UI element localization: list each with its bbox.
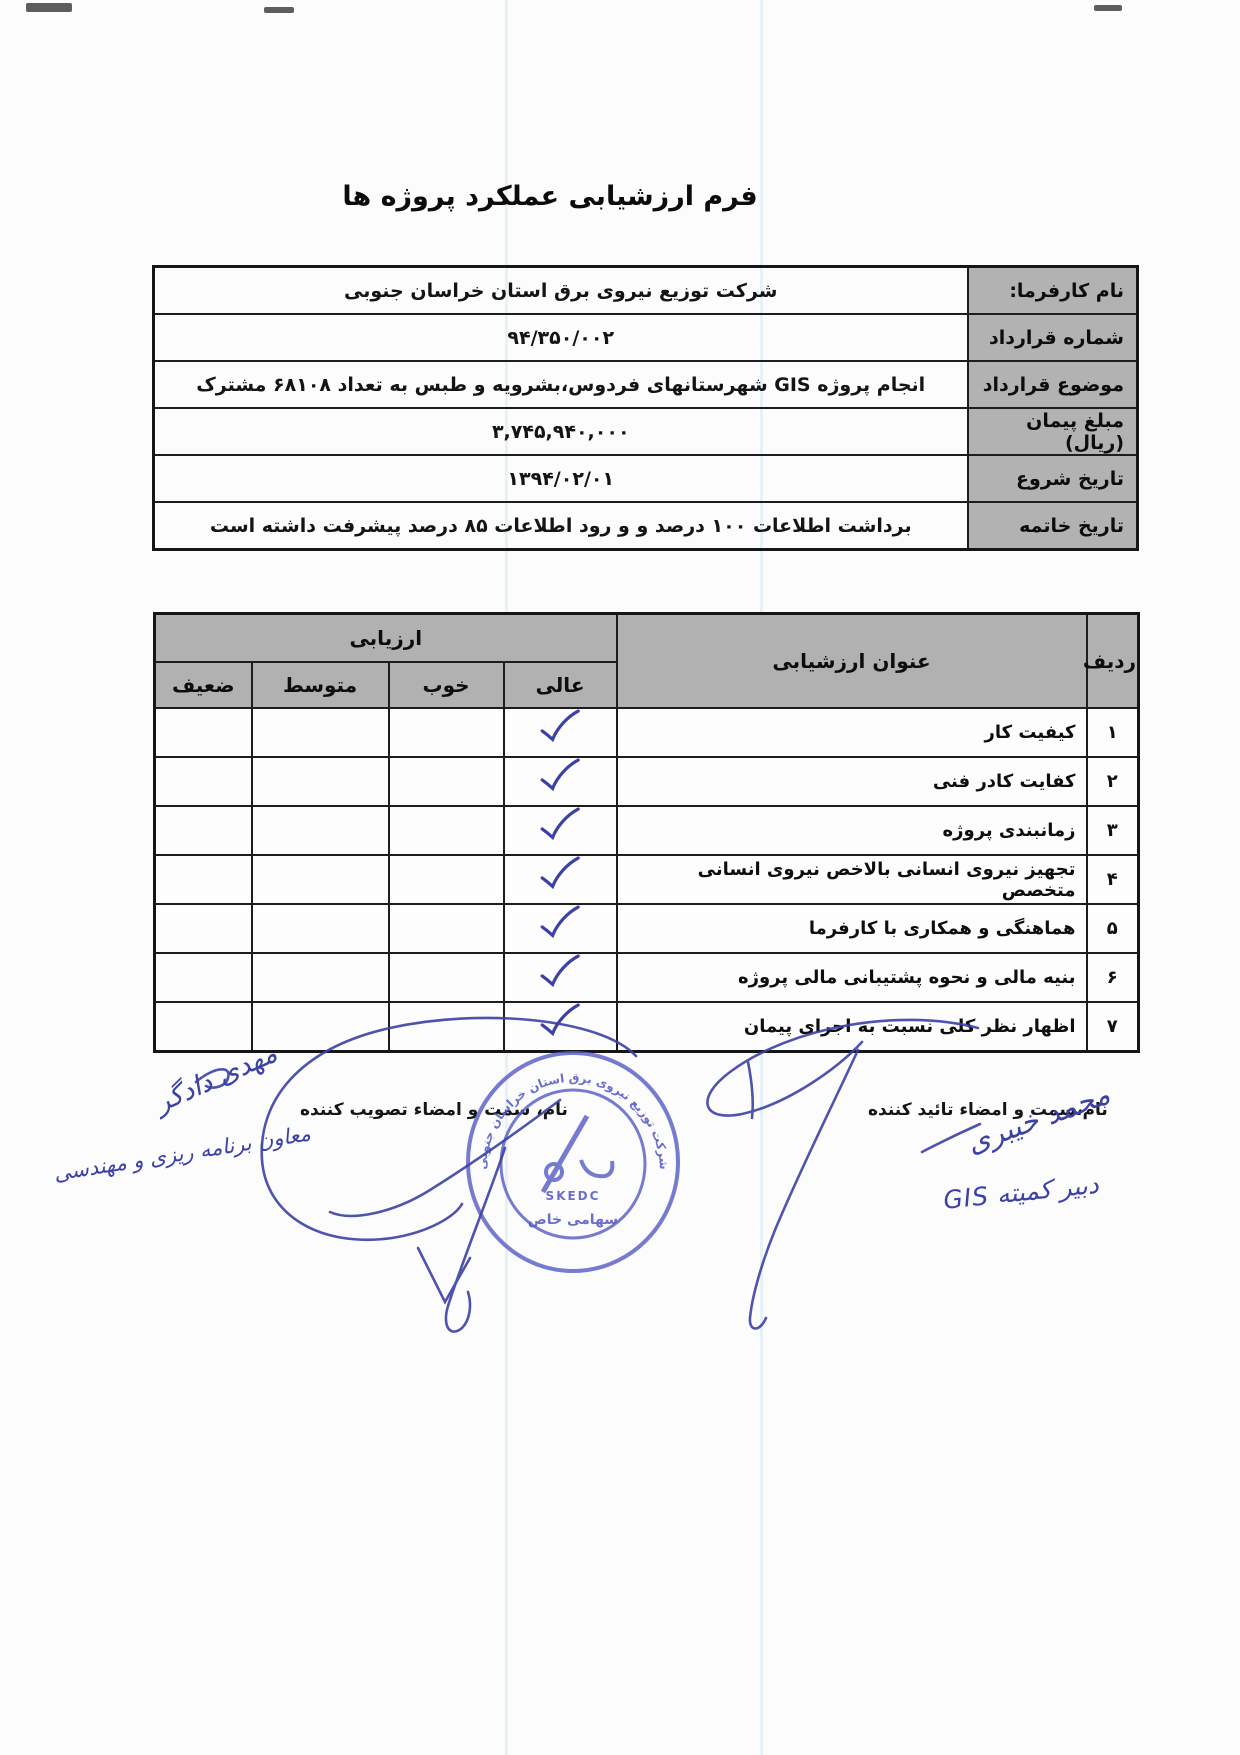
rating-cell bbox=[389, 757, 504, 806]
rating-cell bbox=[504, 855, 617, 904]
header-rating-good: خوب bbox=[389, 662, 504, 708]
eval-row-number: ۵ bbox=[1087, 904, 1139, 953]
rating-cell bbox=[155, 708, 252, 757]
rating-cell bbox=[504, 708, 617, 757]
checkmark-icon bbox=[536, 902, 584, 942]
company-stamp: شرکت توزیع نیروی برق استان خراسان جنوبی … bbox=[455, 1042, 695, 1282]
eval-row-number: ۲ bbox=[1087, 757, 1139, 806]
eval-row-number: ۷ bbox=[1087, 1002, 1139, 1052]
eval-row-title: کفایت کادر فنی bbox=[617, 757, 1087, 806]
eval-row-title: اظهار نظر کلی نسبت به اجرای پیمان bbox=[617, 1002, 1087, 1052]
left-handwritten-role: معاون برنامه ریزی و مهندسی bbox=[52, 1121, 312, 1185]
evaluation-table: ردیف عنوان ارزشیابی ارزیابی عالی خوب متو… bbox=[153, 612, 1140, 1053]
header-rating-excellent: عالی bbox=[504, 662, 617, 708]
info-row-label: موضوع قرارداد bbox=[968, 361, 1138, 408]
rating-cell bbox=[389, 708, 504, 757]
stamp-logo-icon bbox=[543, 1116, 587, 1192]
rating-cell bbox=[389, 855, 504, 904]
eval-header-row-1: ردیف عنوان ارزشیابی ارزیابی bbox=[155, 614, 1139, 663]
eval-row-title: کیفیت کار bbox=[617, 708, 1087, 757]
rating-cell bbox=[504, 904, 617, 953]
rating-cell bbox=[155, 904, 252, 953]
scan-speck bbox=[264, 7, 294, 13]
scan-speck bbox=[1094, 5, 1122, 11]
rating-cell bbox=[504, 806, 617, 855]
rating-cell bbox=[155, 757, 252, 806]
rating-cell bbox=[504, 1002, 617, 1052]
rating-cell bbox=[252, 855, 389, 904]
header-rating-group: ارزیابی bbox=[155, 614, 617, 663]
checkmark-icon bbox=[536, 755, 584, 795]
rating-cell bbox=[504, 757, 617, 806]
info-row-value: ۳,۷۴۵,۹۴۰,۰۰۰ bbox=[154, 408, 968, 455]
eval-row-number: ۴ bbox=[1087, 855, 1139, 904]
eval-row-title: زمانبندی پروژه bbox=[617, 806, 1087, 855]
info-row-value: شرکت توزیع نیروی برق استان خراسان جنوبی bbox=[154, 267, 968, 315]
eval-row: ۵ هماهنگی و همکاری با کارفرما bbox=[155, 904, 1139, 953]
eval-row-title: هماهنگی و همکاری با کارفرما bbox=[617, 904, 1087, 953]
checkmark-icon bbox=[536, 853, 584, 893]
info-row: موضوع قرارداد انجام پروژه GIS شهرستانهای… bbox=[154, 361, 1138, 408]
eval-row-number: ۶ bbox=[1087, 953, 1139, 1002]
eval-row-number: ۱ bbox=[1087, 708, 1139, 757]
info-row-label: تاریخ خاتمه bbox=[968, 502, 1138, 550]
header-rating-average: متوسط bbox=[252, 662, 389, 708]
eval-row-title: بنیه مالی و نحوه پشتیبانی مالی پروژه bbox=[617, 953, 1087, 1002]
rating-cell bbox=[252, 757, 389, 806]
info-row-value: ۱۳۹۴/۰۲/۰۱ bbox=[154, 455, 968, 502]
checkmark-icon bbox=[536, 951, 584, 991]
confirmer-handwritten-title: دبیر کمیته GIS bbox=[942, 1170, 1100, 1215]
stamp-acronym: SKEDC bbox=[546, 1189, 601, 1203]
info-row-value: انجام پروژه GIS شهرستانهای فردوس،بشرویه … bbox=[154, 361, 968, 408]
header-eval-title: عنوان ارزشیابی bbox=[617, 614, 1087, 709]
eval-row-title: تجهیز نیروی انسانی بالاخص نیروی انسانی م… bbox=[617, 855, 1087, 904]
eval-row: ۷ اظهار نظر کلی نسبت به اجرای پیمان bbox=[155, 1002, 1139, 1052]
info-row-label: نام کارفرما: bbox=[968, 267, 1138, 315]
rating-cell bbox=[389, 1002, 504, 1052]
eval-row-number: ۳ bbox=[1087, 806, 1139, 855]
info-row: تاریخ خاتمه برداشت اطلاعات ۱۰۰ درصد و و … bbox=[154, 502, 1138, 550]
eval-row: ۶ بنیه مالی و نحوه پشتیبانی مالی پروژه bbox=[155, 953, 1139, 1002]
rating-cell bbox=[155, 953, 252, 1002]
stamp-company-type: سهامی خاص bbox=[528, 1212, 618, 1228]
info-row-value: برداشت اطلاعات ۱۰۰ درصد و و رود اطلاعات … bbox=[154, 502, 968, 550]
rating-cell bbox=[252, 953, 389, 1002]
info-row-label: مبلغ پیمان (ریال) bbox=[968, 408, 1138, 455]
contract-info-table: نام کارفرما: شرکت توزیع نیروی برق استان … bbox=[152, 265, 1139, 551]
rating-cell bbox=[252, 708, 389, 757]
rating-cell bbox=[155, 806, 252, 855]
rating-cell bbox=[252, 806, 389, 855]
rating-cell bbox=[155, 1002, 252, 1052]
eval-row: ۳ زمانبندی پروژه bbox=[155, 806, 1139, 855]
eval-table-body: ۱ کیفیت کار ۲ کفایت کادر فنی ۳ زمانبندی … bbox=[155, 708, 1139, 1052]
rating-cell bbox=[504, 953, 617, 1002]
info-row: مبلغ پیمان (ریال) ۳,۷۴۵,۹۴۰,۰۰۰ bbox=[154, 408, 1138, 455]
checkmark-icon bbox=[536, 804, 584, 844]
info-table-body: نام کارفرما: شرکت توزیع نیروی برق استان … bbox=[154, 267, 1138, 550]
eval-row: ۴ تجهیز نیروی انسانی بالاخص نیروی انسانی… bbox=[155, 855, 1139, 904]
info-row: تاریخ شروع ۱۳۹۴/۰۲/۰۱ bbox=[154, 455, 1138, 502]
checkmark-icon bbox=[536, 1000, 584, 1040]
info-row-label: تاریخ شروع bbox=[968, 455, 1138, 502]
info-row: نام کارفرما: شرکت توزیع نیروی برق استان … bbox=[154, 267, 1138, 315]
info-row: شماره قرارداد ۹۴/۳۵۰/۰۰۲ bbox=[154, 314, 1138, 361]
info-row-value: ۹۴/۳۵۰/۰۰۲ bbox=[154, 314, 968, 361]
info-row-label: شماره قرارداد bbox=[968, 314, 1138, 361]
rating-cell bbox=[389, 904, 504, 953]
rating-cell bbox=[389, 953, 504, 1002]
form-title: فرم ارزشیابی عملکرد پروژه ها bbox=[100, 181, 1000, 212]
rating-cell bbox=[389, 806, 504, 855]
scan-speck bbox=[26, 3, 72, 12]
approver-signature-label: نام، سمت و امضاء تصویب کننده bbox=[300, 1100, 568, 1120]
eval-row: ۱ کیفیت کار bbox=[155, 708, 1139, 757]
rating-cell bbox=[252, 904, 389, 953]
checkmark-icon bbox=[536, 706, 584, 746]
eval-row: ۲ کفایت کادر فنی bbox=[155, 757, 1139, 806]
scanned-form-page: فرم ارزشیابی عملکرد پروژه ها نام کارفرما… bbox=[0, 0, 1240, 1755]
rating-cell bbox=[155, 855, 252, 904]
header-rating-weak: ضعیف bbox=[155, 662, 252, 708]
header-row-number: ردیف bbox=[1087, 614, 1139, 709]
